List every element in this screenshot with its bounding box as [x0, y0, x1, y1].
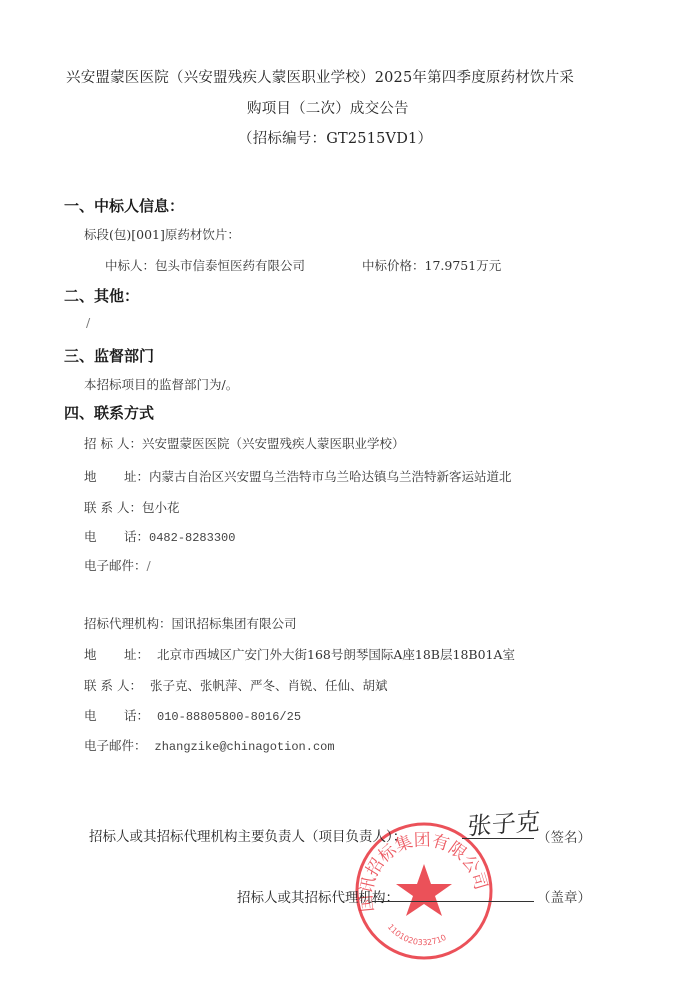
agency-name-label: 招标代理机构： — [84, 616, 172, 631]
tenderer-email-label: 电子邮件： — [84, 558, 147, 573]
section3-heading: 三、监督部门 — [64, 345, 154, 366]
document-title-line1: 兴安盟蒙医医院（兴安盟残疾人蒙医职业学校）2025年第四季度原药材饮片采 — [66, 66, 574, 87]
section2-heading: 二、其他： — [64, 285, 139, 306]
price-value: 17.9751万元 — [425, 258, 502, 273]
lot-label: 标段(包)[001]原药材饮片： — [84, 225, 240, 243]
document-title-line2: 购项目（二次）成交公告 — [247, 97, 409, 118]
tenderer-email-row: 电子邮件：/ — [84, 556, 151, 574]
seal-number: 1101020332710 — [386, 922, 448, 947]
tenderer-phone-row: 电话：0482-8283300 — [84, 527, 235, 545]
agency-name: 国讯招标集团有限公司 — [172, 616, 297, 631]
agency-address-label-a: 地 — [84, 645, 124, 663]
tenderer-name-label: 招 标 人： — [84, 436, 142, 451]
winner-label: 中标人： — [105, 258, 155, 273]
section1-heading: 一、中标人信息： — [64, 195, 184, 216]
agency-contact: 张子克、张帆萍、严冬、肖锐、任仙、胡斌 — [150, 678, 388, 693]
tenderer-address: 内蒙古自治区兴安盟乌兰浩特市乌兰哈达镇乌兰浩特新客运站道北 — [149, 469, 512, 484]
tender-number: （招标编号：GT2515VD1） — [238, 127, 432, 148]
tenderer-name-row: 招 标 人：兴安盟蒙医医院（兴安盟残疾人蒙医职业学校） — [84, 434, 404, 452]
agency-email-label: 电子邮件： — [84, 738, 147, 753]
agency-phone-label-b: 话： — [124, 708, 149, 723]
signature-suffix: （签名） — [537, 826, 591, 846]
agency-address-row: 地址：北京市西城区广安门外大街168号朗琴国际A座18B层18B01A室 — [84, 645, 515, 663]
agency-phone: 010-88805800-8016/25 — [157, 710, 301, 724]
price-label: 中标价格： — [362, 258, 425, 273]
seal-line — [372, 901, 534, 902]
section3-content: 本招标项目的监督部门为/。 — [84, 375, 238, 393]
winner-name: 包头市信泰恒医药有限公司 — [155, 258, 305, 273]
tenderer-address-row: 地址：内蒙古自治区兴安盟乌兰浩特市乌兰哈达镇乌兰浩特新客运站道北 — [84, 467, 512, 485]
tenderer-phone: 0482-8283300 — [149, 531, 235, 545]
tenderer-name: 兴安盟蒙医医院（兴安盟残疾人蒙医职业学校） — [142, 436, 405, 451]
tenderer-phone-label-a: 电 — [84, 527, 124, 545]
seal-org-label: 招标人或其招标代理机构： — [237, 886, 399, 906]
winner-row: 中标人：包头市信泰恒医药有限公司 — [105, 256, 305, 274]
agency-address-label-b: 址： — [124, 647, 149, 662]
agency-phone-label-a: 电 — [84, 706, 124, 724]
agency-email-row: 电子邮件：zhangzike@chinagotion.com — [84, 736, 335, 754]
tenderer-contact-label: 联 系 人： — [84, 500, 142, 515]
agency-address: 北京市西城区广安门外大街168号朗琴国际A座18B层18B01A室 — [157, 647, 515, 662]
responsible-person-label: 招标人或其招标代理机构主要负责人（项目负责人）： — [89, 825, 406, 845]
tenderer-email: / — [147, 558, 151, 573]
svg-text:1101020332710: 1101020332710 — [386, 922, 448, 947]
tenderer-contact: 包小花 — [142, 500, 180, 515]
tenderer-address-label-a: 地 — [84, 467, 124, 485]
agency-contact-label: 联 系 人： — [84, 678, 142, 693]
tenderer-contact-row: 联 系 人：包小花 — [84, 498, 179, 516]
handwritten-signature: 张子克 — [467, 802, 542, 842]
section2-content: / — [86, 315, 90, 330]
agency-name-row: 招标代理机构：国讯招标集团有限公司 — [84, 614, 297, 632]
agency-phone-row: 电话：010-88805800-8016/25 — [84, 706, 301, 724]
section4-heading: 四、联系方式 — [64, 402, 154, 423]
seal-star-icon — [396, 864, 452, 916]
agency-email: zhangzike@chinagotion.com — [155, 740, 335, 754]
price-row: 中标价格：17.9751万元 — [362, 256, 501, 274]
tenderer-phone-label-b: 话： — [124, 529, 149, 544]
agency-contact-row: 联 系 人：张子克、张帆萍、严冬、肖锐、任仙、胡斌 — [84, 676, 387, 694]
tenderer-address-label-b: 址： — [124, 469, 149, 484]
seal-suffix: （盖章） — [537, 886, 591, 906]
